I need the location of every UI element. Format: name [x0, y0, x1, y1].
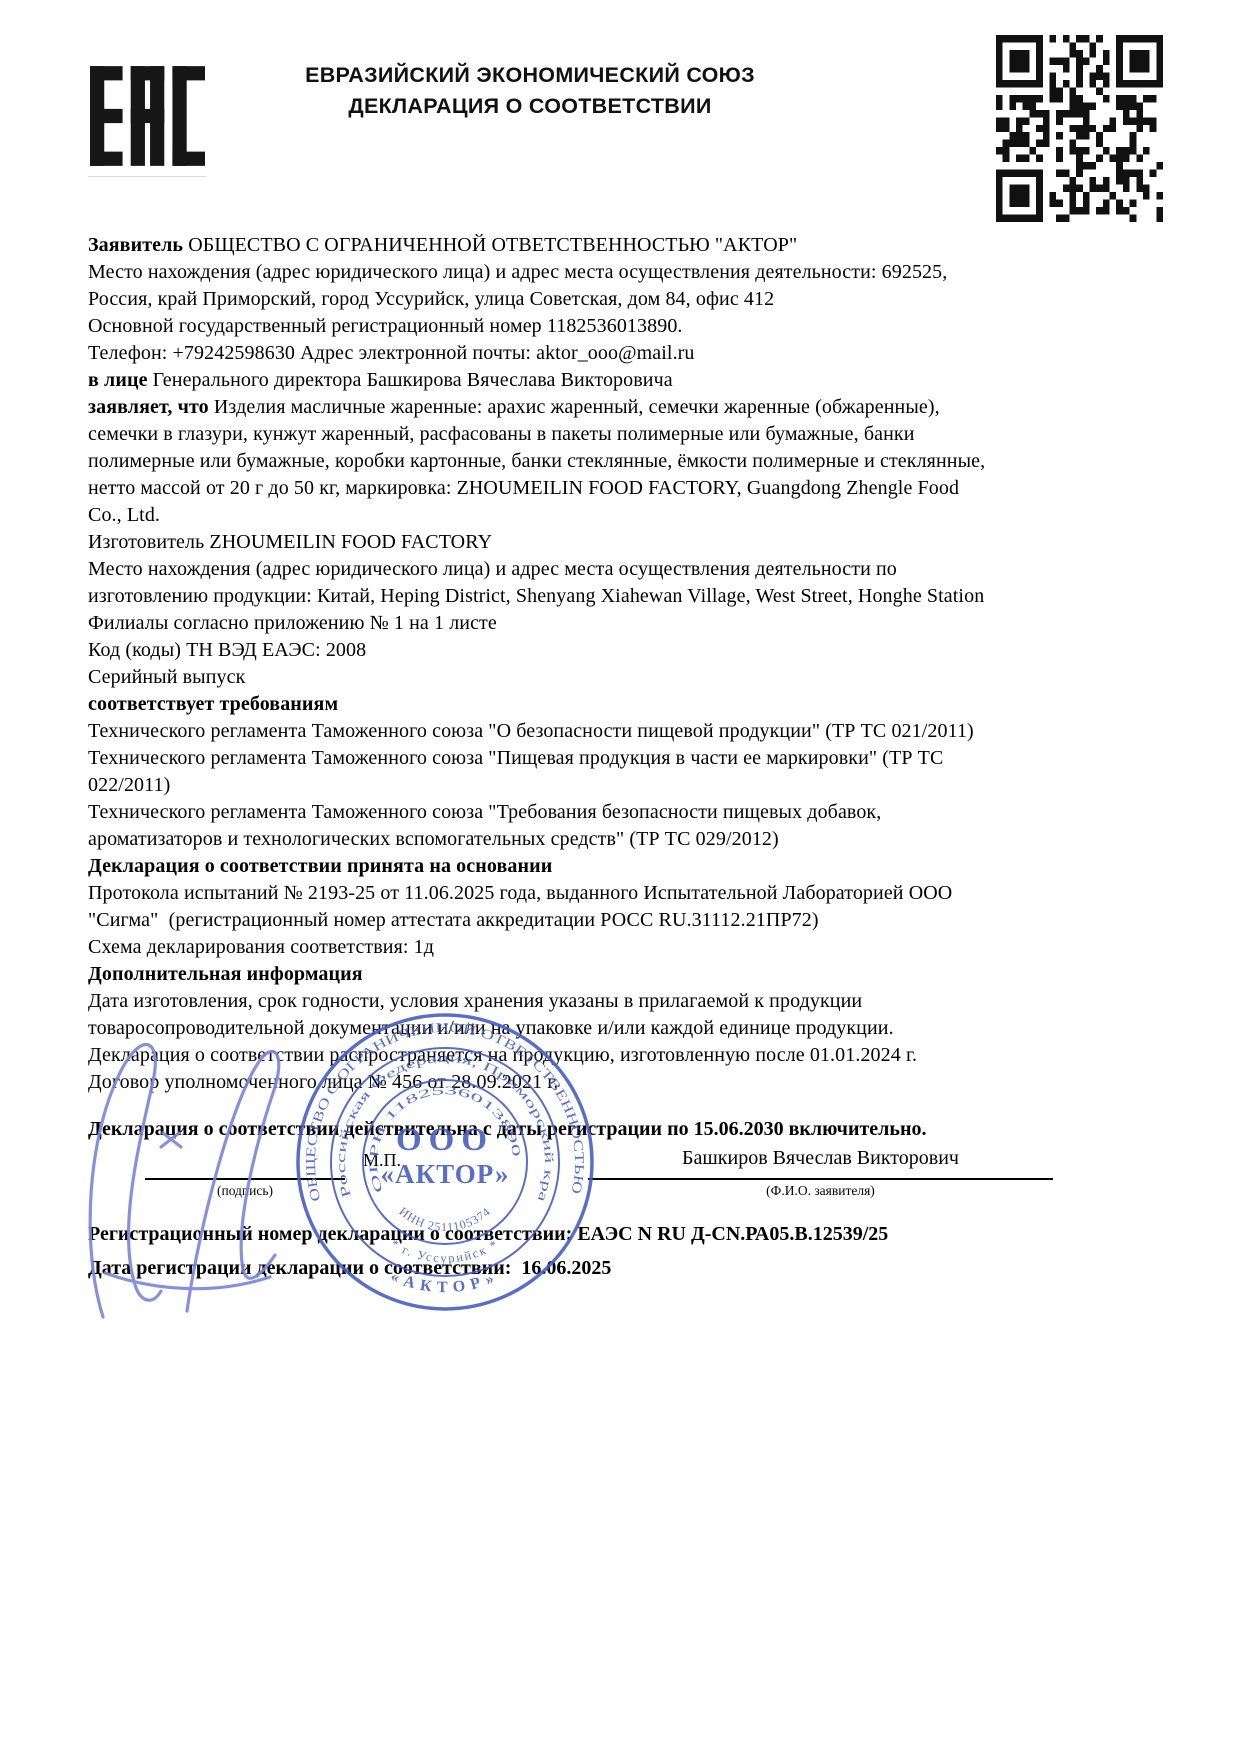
stamp-ring2-bottom-text: * г. Уссурийск * — [388, 1237, 501, 1266]
logo-underline — [88, 176, 206, 177]
document-line: ароматизаторов и технологических вспомог… — [88, 826, 1178, 853]
document-line: 022/2011) — [88, 772, 1178, 799]
title-line-1: ЕВРАЗИЙСКИЙ ЭКОНОМИЧЕСКИЙ СОЮЗ — [180, 60, 880, 91]
document-line: Протокола испытаний № 2193-25 от 11.06.2… — [88, 880, 1178, 907]
document-line: Россия, край Приморский, город Уссурийск… — [88, 286, 1178, 313]
document-body: Заявитель ОБЩЕСТВО С ОГРАНИЧЕННОЙ ОТВЕТС… — [88, 232, 1178, 1096]
document-line: нетто массой от 20 г до 50 кг, маркировк… — [88, 475, 1178, 502]
document-line: Дата изготовления, срок годности, услови… — [88, 988, 1178, 1015]
document-line: Место нахождения (адрес юридического лиц… — [88, 556, 1178, 583]
applicant-name-line — [588, 1178, 1053, 1180]
document-line: семечки в глазури, кунжут жаренный, расф… — [88, 421, 1178, 448]
document-line: Серийный выпуск — [88, 664, 1178, 691]
qr-code-icon — [996, 35, 1163, 222]
document-line: Заявитель ОБЩЕСТВО С ОГРАНИЧЕННОЙ ОТВЕТС… — [88, 232, 1178, 259]
document-line: Co., Ltd. — [88, 502, 1178, 529]
document-line: Технического регламента Таможенного союз… — [88, 718, 1178, 745]
document-line: изготовлению продукции: Китай, Heping Di… — [88, 583, 1178, 610]
document-line: Место нахождения (адрес юридического лиц… — [88, 259, 1178, 286]
document-line: "Сигма" (регистрационный номер аттестата… — [88, 907, 1178, 934]
document-line: Изготовитель ZHOUMEILIN FOOD FACTORY — [88, 529, 1178, 556]
declaration-page: ЕВРАЗИЙСКИЙ ЭКОНОМИЧЕСКИЙ СОЮЗ ДЕКЛАРАЦИ… — [0, 0, 1241, 1754]
document-line: Телефон: +79242598630 Адрес электронной … — [88, 340, 1178, 367]
document-line: Основной государственный регистрационный… — [88, 313, 1178, 340]
document-line: заявляет, что Изделия масличные жаренные… — [88, 394, 1178, 421]
document-line: Филиалы согласно приложению № 1 на 1 лис… — [88, 610, 1178, 637]
document-line: в лице Генерального директора Башкирова … — [88, 367, 1178, 394]
document-line: Дополнительная информация — [88, 961, 1178, 988]
document-line: Технического регламента Таможенного союз… — [88, 745, 1178, 772]
title-line-2: ДЕКЛАРАЦИЯ О СООТВЕТСТВИИ — [180, 91, 880, 122]
document-line: Технического регламента Таможенного союз… — [88, 799, 1178, 826]
stamp-ring3-bottom-text: ИНН 2511105374 — [397, 1204, 494, 1234]
document-line: Код (коды) ТН ВЭД ЕАЭС: 2008 — [88, 637, 1178, 664]
handwritten-signature — [65, 1015, 345, 1335]
stamp-center-line1: ООО — [396, 1122, 494, 1158]
stamp-outer-bottom-text: «АКТОР» — [388, 1268, 502, 1296]
document-title: ЕВРАЗИЙСКИЙ ЭКОНОМИЧЕСКИЙ СОЮЗ ДЕКЛАРАЦИ… — [180, 60, 880, 122]
document-line: Схема декларирования соответствия: 1д — [88, 934, 1178, 961]
applicant-name: Башкиров Вячеслав Викторович — [588, 1146, 1053, 1170]
document-line: соответствует требованиям — [88, 691, 1178, 718]
document-line: Декларация о соответствии принята на осн… — [88, 853, 1178, 880]
document-line: полимерные или бумажные, коробки картонн… — [88, 448, 1178, 475]
applicant-label: (Ф.И.О. заявителя) — [588, 1183, 1053, 1199]
stamp-center-line2: «АКТОР» — [381, 1159, 510, 1189]
